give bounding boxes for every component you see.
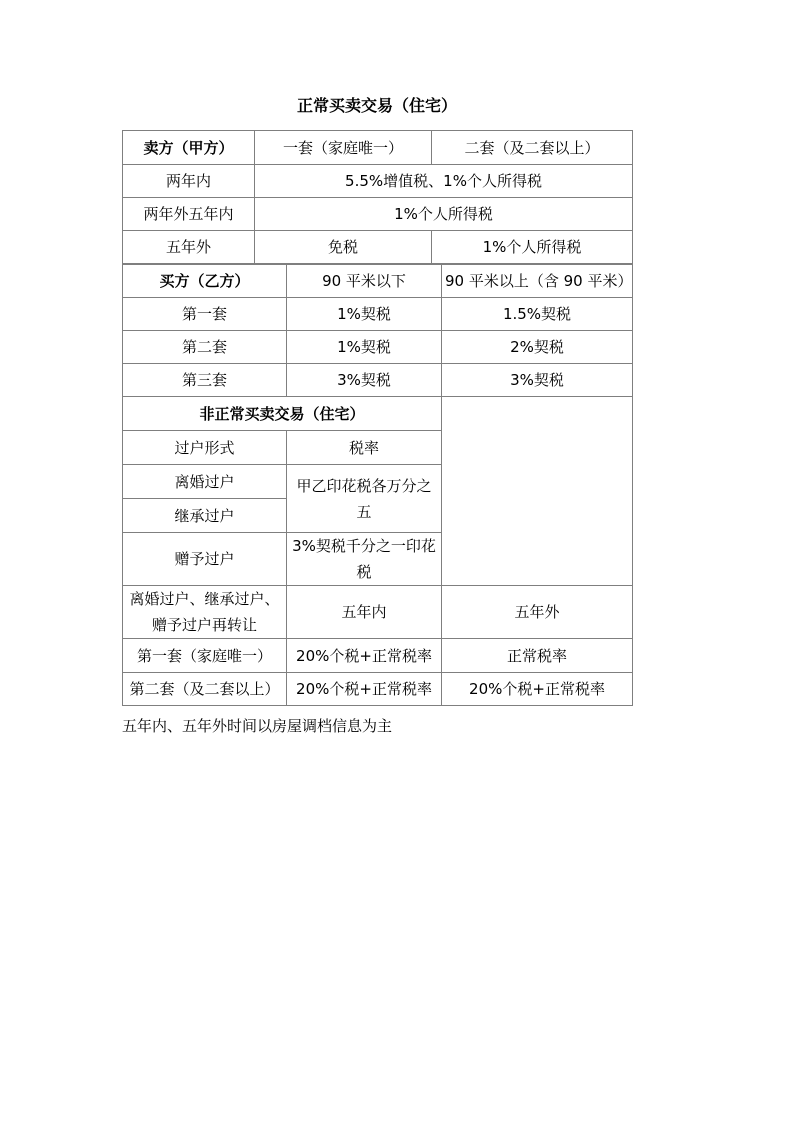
tax-value-second-home-under-90: 1%契税: [287, 331, 442, 364]
table-row: 五年外 免税 1%个人所得税: [123, 231, 633, 264]
tax-value-first-home-under-90: 1%契税: [287, 298, 442, 331]
resale-header-within-5-years: 五年内: [287, 586, 442, 639]
table-row: 第三套 3%契税 3%契税: [123, 364, 633, 397]
table-row: 买方（乙方） 90 平米以下 90 平米以上（含 90 平米）: [123, 265, 633, 298]
resale-header-beyond-5-years: 五年外: [442, 586, 633, 639]
tax-value-third-home-under-90: 3%契税: [287, 364, 442, 397]
row-label-beyond-5-years: 五年外: [123, 231, 255, 264]
row-label-gift-transfer: 赠予过户: [123, 533, 287, 586]
abnormal-header-transfer-type: 过户形式: [123, 431, 287, 465]
table-row: 卖方（甲方） 一套（家庭唯一） 二套（及二套以上）: [123, 131, 633, 165]
table-row: 非正常买卖交易（住宅）: [123, 397, 633, 431]
row-label-inheritance-transfer: 继承过户: [123, 499, 287, 533]
row-label-within-2-years: 两年内: [123, 165, 255, 198]
table-row: 第二套（及二套以上） 20%个税+正常税率 20%个税+正常税率: [123, 673, 633, 706]
row-label-first-home: 第一套: [123, 298, 287, 331]
tax-value-gift-transfer: 3%契税千分之一印花 税: [287, 533, 442, 586]
seller-tax-table: 卖方（甲方） 一套（家庭唯一） 二套（及二套以上） 两年内 5.5%增值税、1%…: [122, 130, 633, 264]
abnormal-header-tax-rate: 税率: [287, 431, 442, 465]
row-label-divorce-transfer: 离婚过户: [123, 465, 287, 499]
table-row: 离婚过户、继承过户、 赠予过户再转让 五年内 五年外: [123, 586, 633, 639]
row-label-resale-first-home: 第一套（家庭唯一）: [123, 639, 287, 673]
table-row: 两年内 5.5%增值税、1%个人所得税: [123, 165, 633, 198]
tax-value-resale-first-home-within-5: 20%个税+正常税率: [287, 639, 442, 673]
table-row: 第二套 1%契税 2%契税: [123, 331, 633, 364]
row-label-second-home: 第二套: [123, 331, 287, 364]
tax-value-2-to-5-years: 1%个人所得税: [255, 198, 633, 231]
row-label-resale-second-home: 第二套（及二套以上）: [123, 673, 287, 706]
empty-borderless-cell: [442, 397, 633, 586]
page-title: 正常买卖交易（住宅）: [122, 95, 632, 117]
tax-value-within-2-years: 5.5%增值税、1%个人所得税: [255, 165, 633, 198]
buyer-header-under-90: 90 平米以下: [287, 265, 442, 298]
tax-value-first-home-over-90: 1.5%契税: [442, 298, 633, 331]
seller-header-one-home: 一套（家庭唯一）: [255, 131, 432, 165]
abnormal-section-title: 非正常买卖交易（住宅）: [123, 397, 442, 431]
tax-value-second-home-over-90: 2%契税: [442, 331, 633, 364]
table-row: 第一套 1%契税 1.5%契税: [123, 298, 633, 331]
footer-note: 五年内、五年外时间以房屋调档信息为主: [122, 715, 632, 737]
tax-value-beyond-5-years-one-home: 免税: [255, 231, 432, 264]
table-row: 两年外五年内 1%个人所得税: [123, 198, 633, 231]
tax-value-resale-first-home-beyond-5: 正常税率: [442, 639, 633, 673]
row-label-2-to-5-years: 两年外五年内: [123, 198, 255, 231]
seller-header-label: 卖方（甲方）: [123, 131, 255, 165]
seller-header-two-homes: 二套（及二套以上）: [432, 131, 633, 165]
tax-value-divorce-inheritance: 甲乙印花税各万分之 五: [287, 465, 442, 533]
resale-header-label: 离婚过户、继承过户、 赠予过户再转让: [123, 586, 287, 639]
tax-value-resale-second-home-within-5: 20%个税+正常税率: [287, 673, 442, 706]
row-label-third-home: 第三套: [123, 364, 287, 397]
table-row: 第一套（家庭唯一） 20%个税+正常税率 正常税率: [123, 639, 633, 673]
buyer-and-abnormal-tax-table: 买方（乙方） 90 平米以下 90 平米以上（含 90 平米） 第一套 1%契税…: [122, 264, 633, 706]
buyer-header-over-90: 90 平米以上（含 90 平米）: [442, 265, 633, 298]
buyer-header-label: 买方（乙方）: [123, 265, 287, 298]
tax-value-resale-second-home-beyond-5: 20%个税+正常税率: [442, 673, 633, 706]
document-page: 正常买卖交易（住宅） 卖方（甲方） 一套（家庭唯一） 二套（及二套以上） 两年内…: [122, 95, 632, 737]
tax-value-third-home-over-90: 3%契税: [442, 364, 633, 397]
tax-value-beyond-5-years-two-homes: 1%个人所得税: [432, 231, 633, 264]
